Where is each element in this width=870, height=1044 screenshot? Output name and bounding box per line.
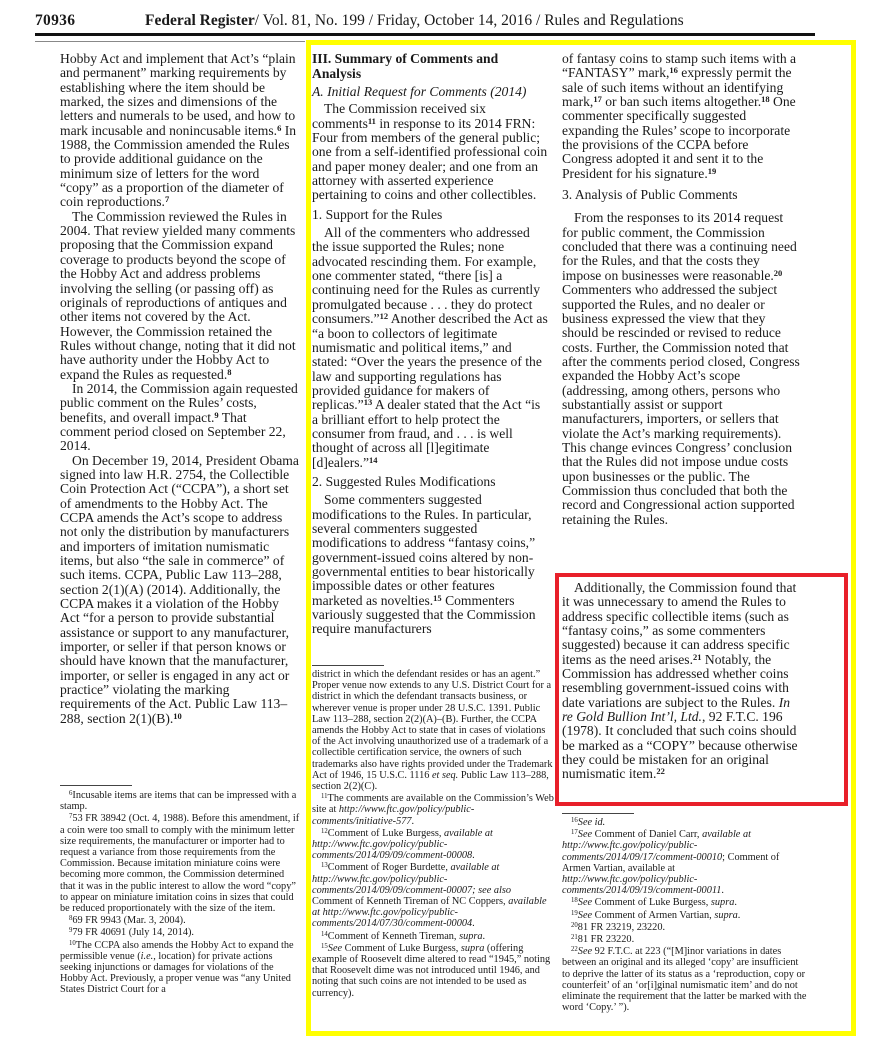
column-3: of fantasy coins to stamp such items wit…: [562, 52, 802, 527]
paragraph: Some commenters suggested modifications …: [312, 493, 548, 636]
footnote-18: 18See Comment of Luke Burgess, supra.: [562, 897, 807, 908]
paragraph: The Commission reviewed the Rules in 200…: [60, 210, 300, 382]
section-heading: III. Summary of Comments and Analysis: [312, 52, 548, 81]
footnote-8: 869 FR 9943 (Mar. 3, 2004).: [60, 915, 302, 926]
footnotes-column-3: 16See id. 17See Comment of Daniel Carr, …: [562, 817, 807, 1014]
subsection-heading: A. Initial Request for Comments (2014): [312, 85, 548, 99]
numbered-heading: 3. Analysis of Public Comments: [562, 188, 802, 202]
footnote-10: 10The CCPA also amends the Hobby Act to …: [60, 940, 302, 996]
footnote-10-continued: district in which the defendant resides …: [312, 669, 554, 792]
footnote-divider: [60, 785, 132, 786]
link[interactable]: http://www.ftc.gov/policy/public-comment…: [312, 839, 472, 861]
header-subrule: [35, 41, 305, 42]
paragraph: In 2014, the Commission again requested …: [60, 382, 300, 454]
footnotes-column-2: district in which the defendant resides …: [312, 669, 554, 1000]
page-header: 70936 Federal Register/ Vol. 81, No. 199…: [35, 10, 815, 32]
page-number: 70936: [35, 12, 75, 30]
footnote-12: 12Comment of Luke Burgess, available at …: [312, 828, 554, 862]
footnote-divider: [312, 665, 384, 666]
link[interactable]: http://www.ftc.gov/policy/public-comment…: [562, 874, 721, 896]
footnote-divider: [562, 813, 634, 814]
publication-name: Federal Register: [145, 12, 255, 29]
footnote-22: 22See 92 F.T.C. at 223 (“[M]inor variati…: [562, 946, 807, 1013]
numbered-heading: 1. Support for the Rules: [312, 208, 548, 222]
column-1: Hobby Act and implement that Act’s “plai…: [60, 52, 300, 726]
running-title: Federal Register/ Vol. 81, No. 199 / Fri…: [145, 12, 684, 30]
footnotes-column-1: 6Incusable items are items that can be i…: [60, 790, 302, 997]
paragraph: On December 19, 2014, President Obama si…: [60, 454, 300, 727]
paragraph: Additionally, the Commission found that …: [562, 581, 802, 782]
paragraph: All of the commenters who addressed the …: [312, 226, 548, 470]
footnote-19: 19See Comment of Armen Vartian, supra.: [562, 910, 807, 921]
footnote-13: 13Comment of Roger Burdette, available a…: [312, 862, 554, 929]
footnote-9: 979 FR 40691 (July 14, 2014).: [60, 927, 302, 938]
header-rule: [35, 33, 815, 36]
highlighted-paragraph: Additionally, the Commission found that …: [562, 581, 802, 782]
link[interactable]: http://www.ftc.gov/policy/public-comment…: [562, 840, 722, 862]
issue-info: / Vol. 81, No. 199 / Friday, October 14,…: [255, 12, 684, 29]
footnote-6: 6Incusable items are items that can be i…: [60, 790, 302, 812]
footnote-16: 16See id.: [562, 817, 807, 828]
footnote-7: 753 FR 38942 (Oct. 4, 1988). Before this…: [60, 813, 302, 914]
link[interactable]: http://www.ftc.gov/policy/public-comment…: [312, 907, 472, 929]
paragraph: From the responses to its 2014 request f…: [562, 211, 802, 527]
footnote-14: 14Comment of Kenneth Tireman, supra.: [312, 931, 554, 942]
footnote-20: 2081 FR 23219, 23220.: [562, 922, 807, 933]
footnote-17: 17See Comment of Daniel Carr, available …: [562, 829, 807, 896]
link[interactable]: http://www.ftc.gov/policy/public-comment…: [312, 874, 472, 896]
numbered-heading: 2. Suggested Rules Modifications: [312, 475, 548, 489]
footnote-15: 15See Comment of Luke Burgess, supra (of…: [312, 943, 554, 999]
footnote-21: 2181 FR 23220.: [562, 934, 807, 945]
paragraph: of fantasy coins to stamp such items wit…: [562, 52, 802, 181]
paragraph: The Commission received six comments11 i…: [312, 102, 548, 202]
footnote-11: 11The comments are available on the Comm…: [312, 793, 554, 827]
paragraph: Hobby Act and implement that Act’s “plai…: [60, 52, 300, 210]
column-2: III. Summary of Comments and Analysis A.…: [312, 52, 548, 637]
